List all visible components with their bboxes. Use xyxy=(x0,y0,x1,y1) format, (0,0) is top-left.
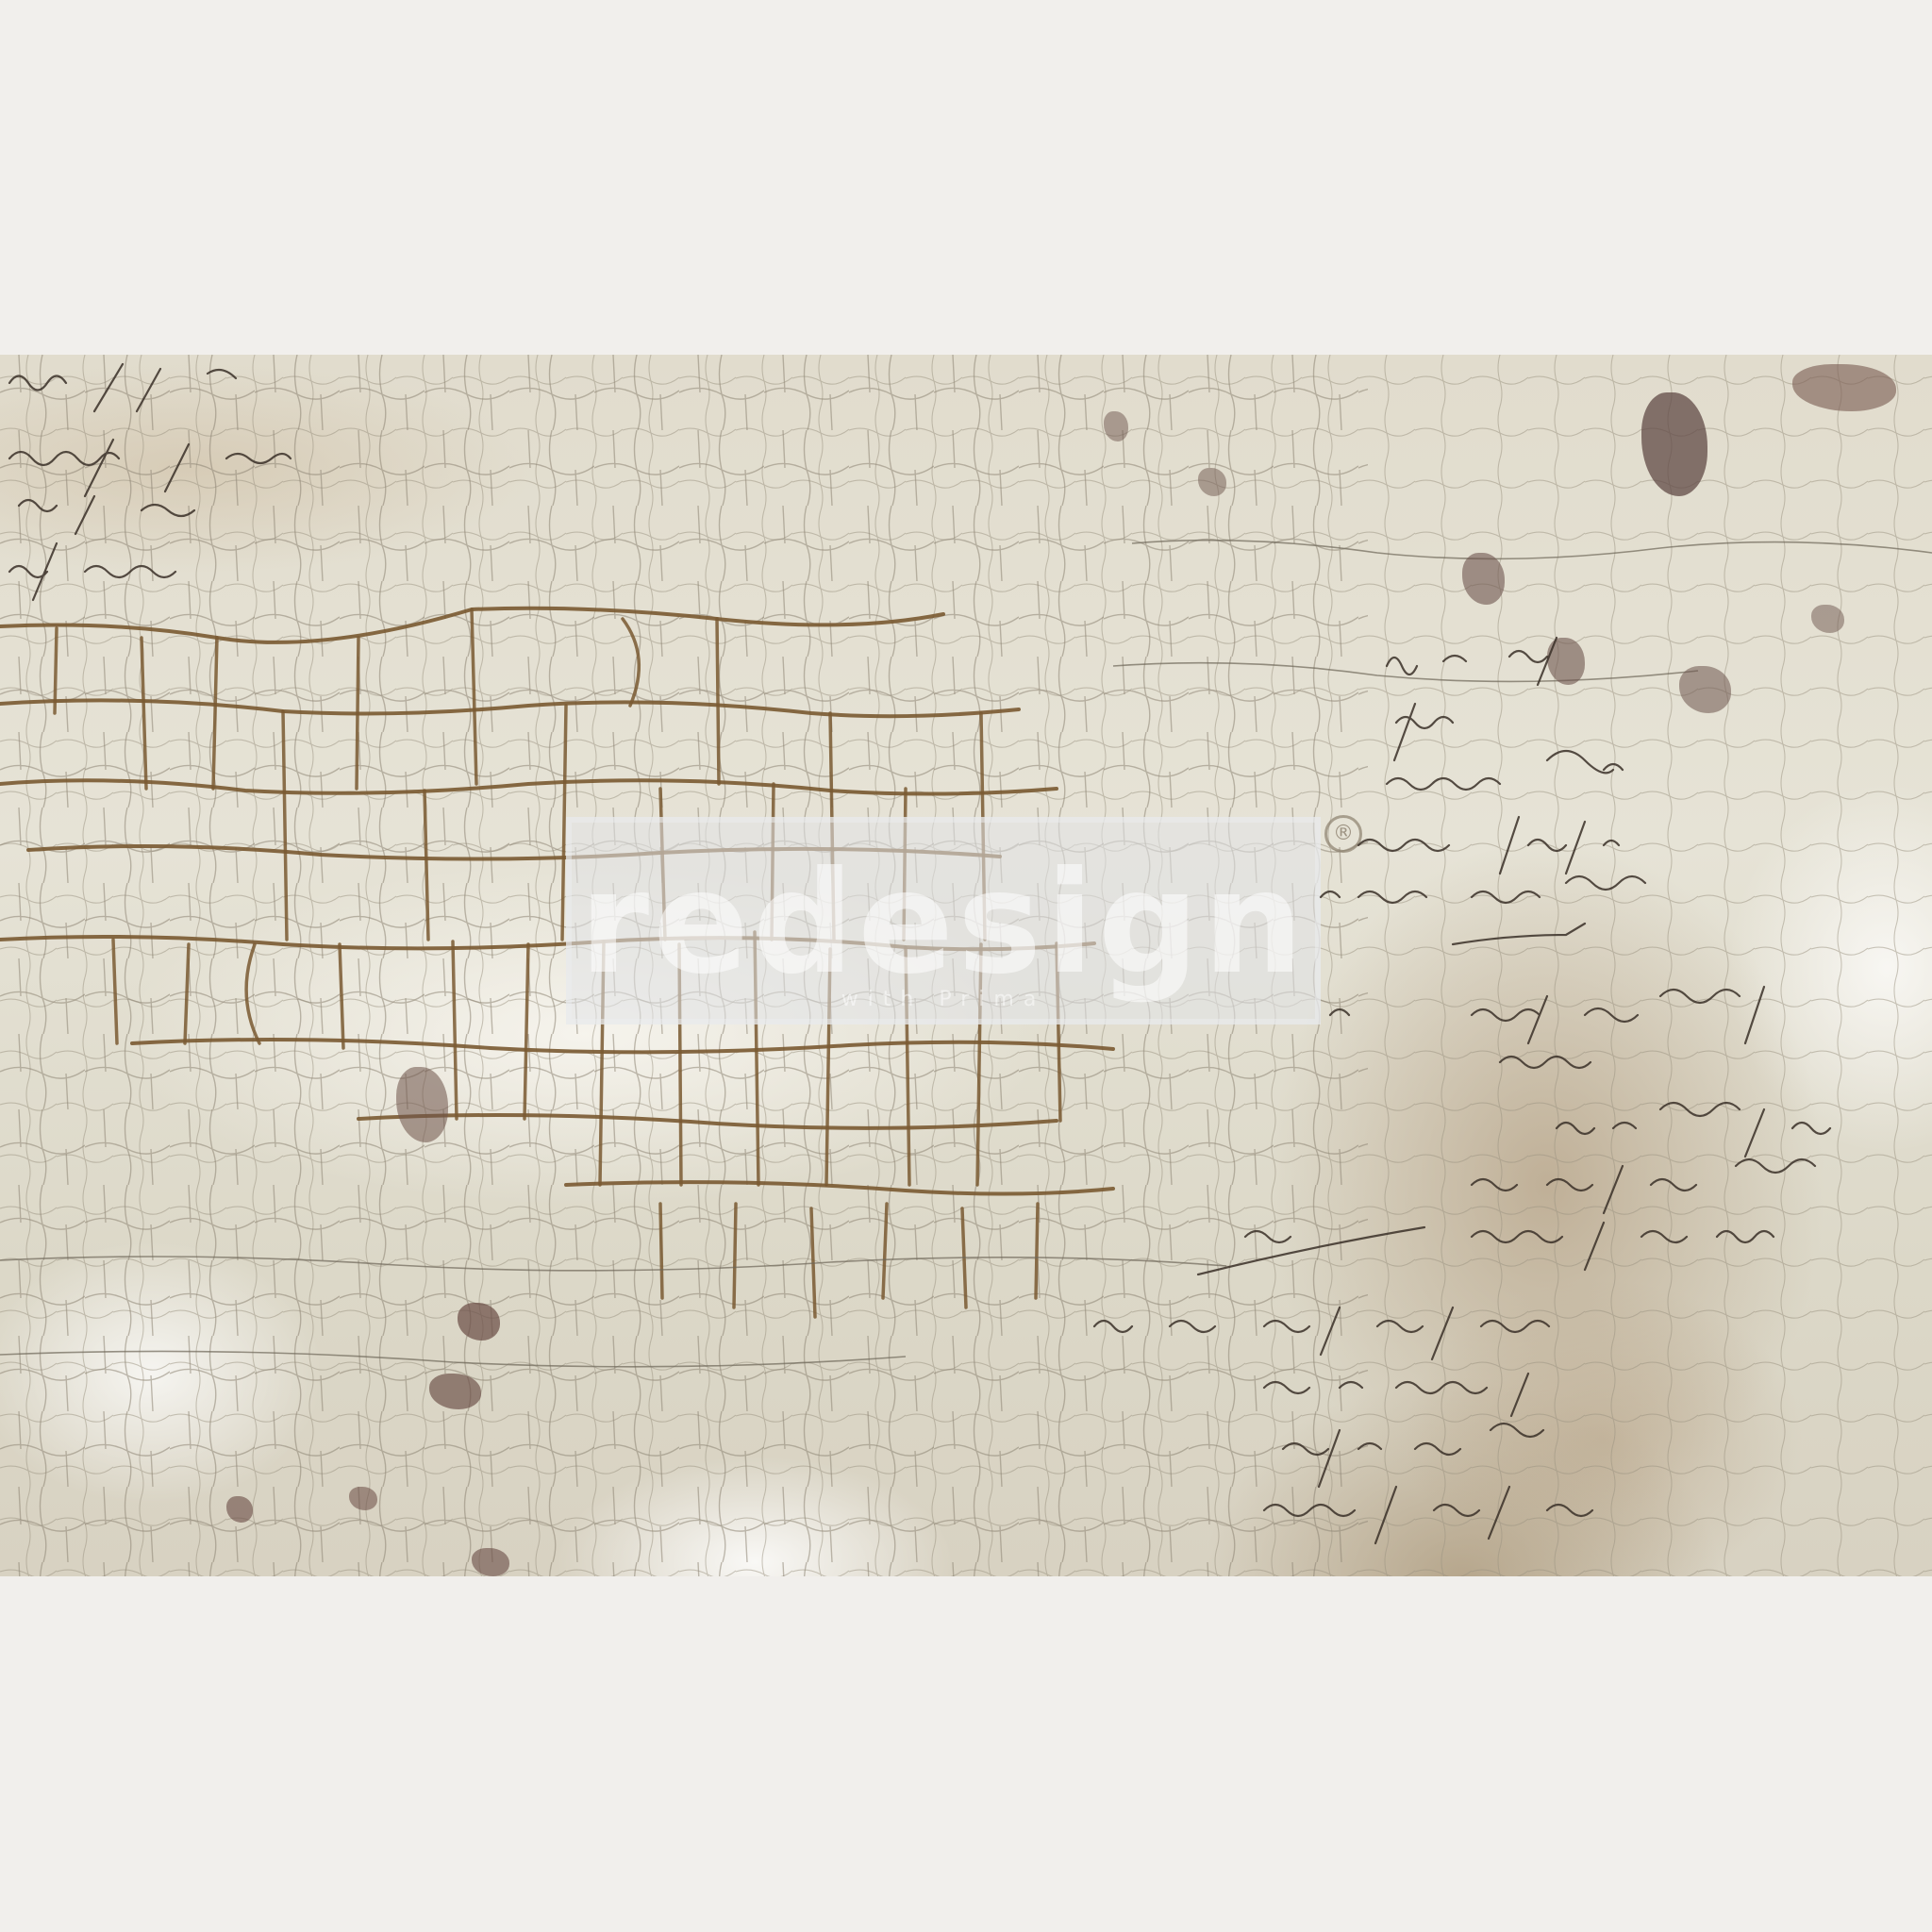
handwriting-script xyxy=(0,355,1932,1576)
decoupage-paper-image: redesign with Prima ® xyxy=(0,355,1932,1576)
